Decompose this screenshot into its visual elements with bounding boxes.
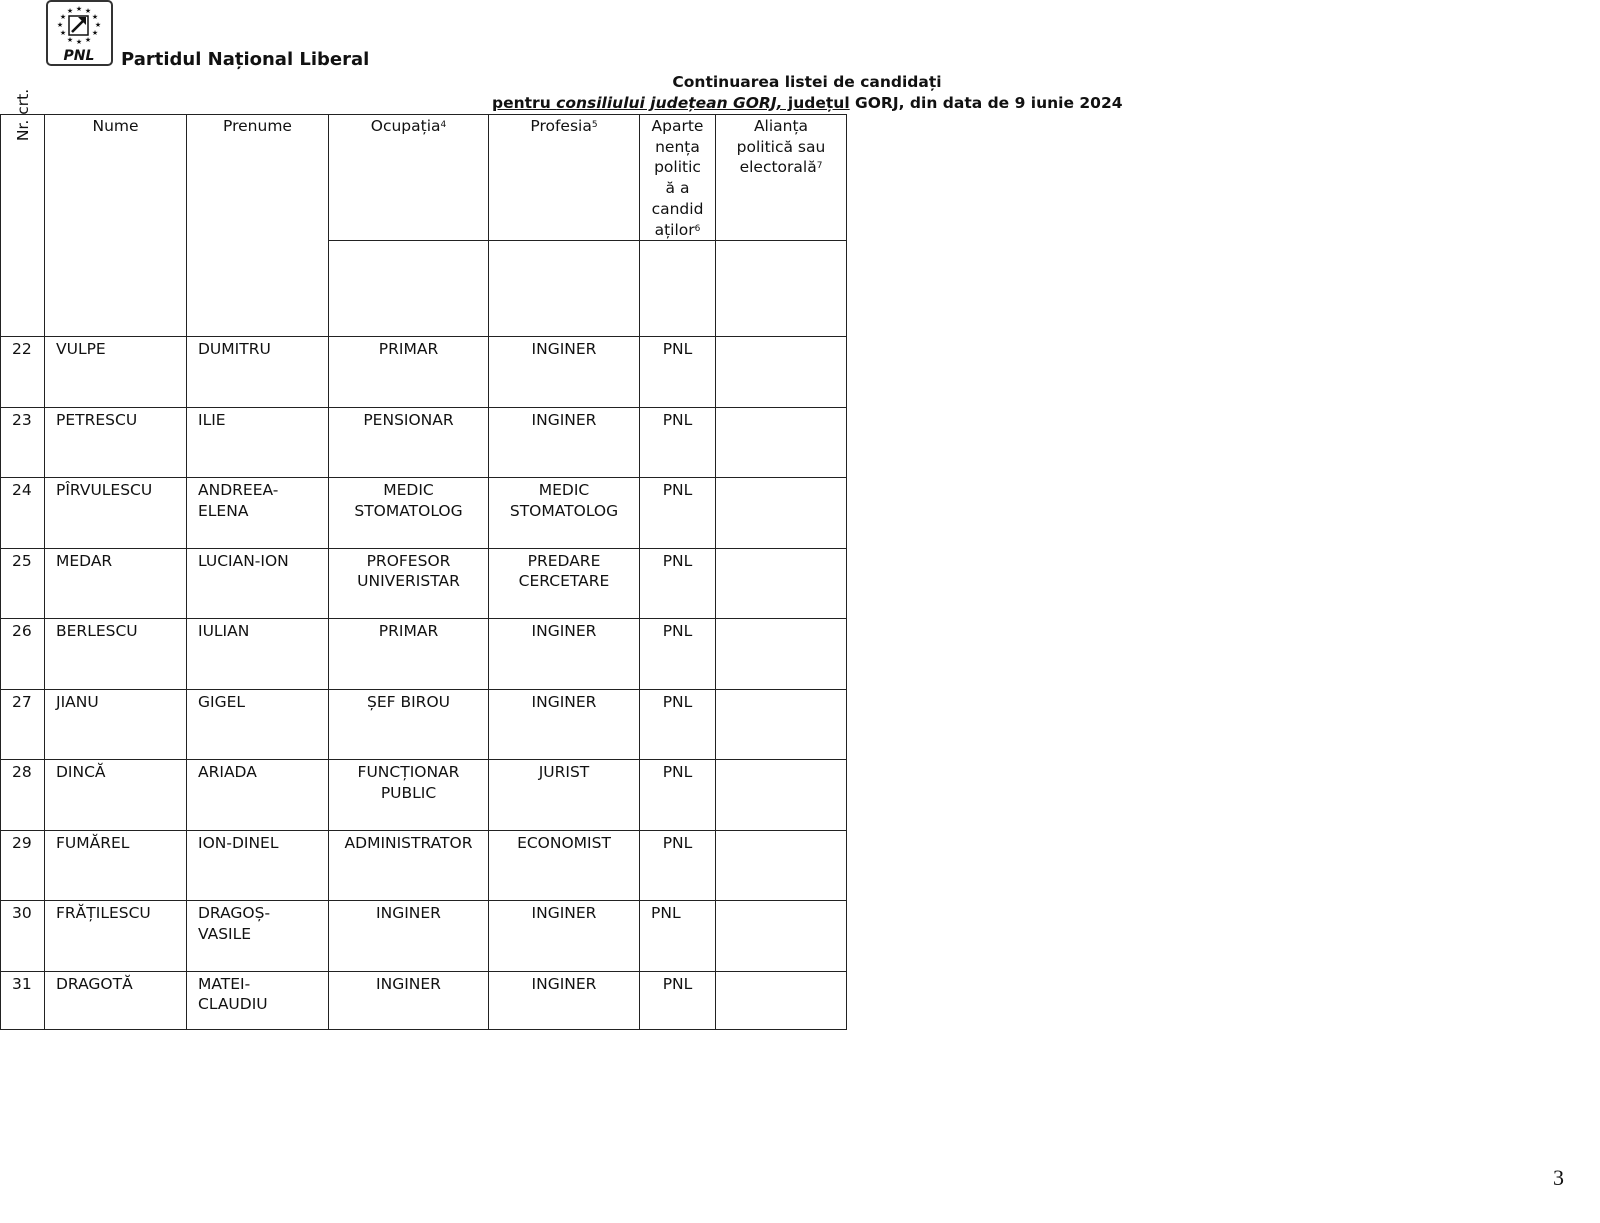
cell-ocupatia: INGINER xyxy=(329,901,489,972)
column-header-alianta: Alianțapolitică sauelectorală7 xyxy=(716,115,847,241)
subheader-ocupatia-empty xyxy=(329,241,489,337)
cell-profesia: INGINER xyxy=(489,971,640,1029)
cell-nr: 27 xyxy=(1,689,45,760)
cell-alianta xyxy=(716,971,847,1029)
svg-text:★: ★ xyxy=(76,38,82,46)
cell-prenume: MATEI-CLAUDIU xyxy=(187,971,329,1029)
cell-alianta xyxy=(716,619,847,690)
cell-profesia: MEDICSTOMATOLOG xyxy=(489,478,640,549)
cell-prenume: GIGEL xyxy=(187,689,329,760)
cell-ocupatia: INGINER xyxy=(329,971,489,1029)
cell-ocupatia: PENSIONAR xyxy=(329,407,489,478)
cell-ocupatia: PRIMAR xyxy=(329,619,489,690)
cell-nume: DINCĂ xyxy=(45,760,187,831)
cell-ocupatia: ADMINISTRATOR xyxy=(329,830,489,901)
cell-alianta xyxy=(716,337,847,408)
cell-nume: PETRESCU xyxy=(45,407,187,478)
cell-profesia: INGINER xyxy=(489,337,640,408)
cell-apartenenta: PNL xyxy=(640,337,716,408)
table-row: 24PÎRVULESCUANDREEA-ELENAMEDICSTOMATOLOG… xyxy=(1,478,847,549)
svg-text:★: ★ xyxy=(92,29,98,37)
document-subtitle: pentru consiliului județean GORJ, județu… xyxy=(492,94,1123,112)
cell-prenume: ARIADA xyxy=(187,760,329,831)
svg-text:★: ★ xyxy=(57,21,63,29)
svg-text:★: ★ xyxy=(92,13,98,21)
cell-apartenenta: PNL xyxy=(640,901,716,972)
cell-profesia: PREDARECERCETARE xyxy=(489,548,640,619)
cell-apartenenta: PNL xyxy=(640,619,716,690)
cell-nume: VULPE xyxy=(45,337,187,408)
cell-profesia: INGINER xyxy=(489,689,640,760)
cell-profesia: INGINER xyxy=(489,407,640,478)
cell-profesia: JURIST xyxy=(489,760,640,831)
cell-nr: 29 xyxy=(1,830,45,901)
cell-prenume: ILIE xyxy=(187,407,329,478)
column-header-prenume: Prenume xyxy=(187,115,329,337)
cell-alianta xyxy=(716,760,847,831)
cell-profesia: INGINER xyxy=(489,619,640,690)
table-row: 23PETRESCUILIEPENSIONARINGINERPNL xyxy=(1,407,847,478)
cell-alianta xyxy=(716,901,847,972)
svg-text:★: ★ xyxy=(67,7,73,15)
cell-profesia: INGINER xyxy=(489,901,640,972)
cell-apartenenta: PNL xyxy=(640,407,716,478)
cell-nume: JIANU xyxy=(45,689,187,760)
subheader-apartenenta-empty xyxy=(640,241,716,337)
cell-apartenenta: PNL xyxy=(640,830,716,901)
cell-apartenenta: PNL xyxy=(640,689,716,760)
table-row: 28DINCĂARIADAFUNCȚIONARPUBLICJURISTPNL xyxy=(1,760,847,831)
cell-alianta xyxy=(716,689,847,760)
table-row: 27JIANUGIGELȘEF BIROUINGINERPNL xyxy=(1,689,847,760)
svg-text:★: ★ xyxy=(60,29,66,37)
cell-ocupatia: PROFESORUNIVERISTAR xyxy=(329,548,489,619)
cell-prenume: IULIAN xyxy=(187,619,329,690)
cell-nr: 22 xyxy=(1,337,45,408)
subheader-alianta-empty xyxy=(716,241,847,337)
cell-nr: 26 xyxy=(1,619,45,690)
cell-alianta xyxy=(716,830,847,901)
cell-nume: MEDAR xyxy=(45,548,187,619)
svg-text:PNL: PNL xyxy=(64,48,95,64)
cell-profesia: ECONOMIST xyxy=(489,830,640,901)
cell-apartenenta: PNL xyxy=(640,548,716,619)
cell-nume: FUMĂREL xyxy=(45,830,187,901)
cell-prenume: ION-DINEL xyxy=(187,830,329,901)
cell-nume: DRAGOTĂ xyxy=(45,971,187,1029)
column-header-nume: Nume xyxy=(45,115,187,337)
candidates-table: Nr. crt. Nume Prenume Ocupația4 Profesia… xyxy=(0,114,847,1030)
cell-nr: 31 xyxy=(1,971,45,1029)
table-row: 30FRĂȚILESCUDRAGOȘ-VASILEINGINERINGINERP… xyxy=(1,901,847,972)
cell-alianta xyxy=(716,407,847,478)
svg-text:★: ★ xyxy=(95,21,101,29)
cell-apartenenta: PNL xyxy=(640,760,716,831)
cell-nr: 23 xyxy=(1,407,45,478)
cell-prenume: DRAGOȘ-VASILE xyxy=(187,901,329,972)
svg-text:★: ★ xyxy=(85,36,91,44)
cell-apartenenta: PNL xyxy=(640,478,716,549)
table-row: 22VULPEDUMITRUPRIMARINGINERPNL xyxy=(1,337,847,408)
cell-nr: 30 xyxy=(1,901,45,972)
table-row: 29FUMĂRELION-DINELADMINISTRATORECONOMIST… xyxy=(1,830,847,901)
pnl-logo: ★ ★ ★ ★ ★ ★ ★ ★ ★ ★ ★ ★ PNL xyxy=(46,0,113,66)
column-header-apartenenta: Apartenențapolitică acandidaților6 xyxy=(640,115,716,241)
svg-text:★: ★ xyxy=(85,7,91,15)
svg-text:★: ★ xyxy=(76,5,82,13)
cell-prenume: DUMITRU xyxy=(187,337,329,408)
cell-nr: 28 xyxy=(1,760,45,831)
cell-apartenenta: PNL xyxy=(640,971,716,1029)
cell-ocupatia: FUNCȚIONARPUBLIC xyxy=(329,760,489,831)
cell-alianta xyxy=(716,548,847,619)
cell-ocupatia: ȘEF BIROU xyxy=(329,689,489,760)
cell-nume: PÎRVULESCU xyxy=(45,478,187,549)
column-header-nr: Nr. crt. xyxy=(1,115,45,337)
party-name: Partidul Național Liberal xyxy=(121,49,369,70)
table-row: 26BERLESCUIULIANPRIMARINGINERPNL xyxy=(1,619,847,690)
subheader-profesia-empty xyxy=(489,241,640,337)
cell-ocupatia: PRIMAR xyxy=(329,337,489,408)
cell-nr: 24 xyxy=(1,478,45,549)
cell-ocupatia: MEDICSTOMATOLOG xyxy=(329,478,489,549)
page-number: 3 xyxy=(1553,1165,1564,1191)
svg-text:★: ★ xyxy=(67,36,73,44)
column-header-profesia: Profesia5 xyxy=(489,115,640,241)
document-title: Continuarea listei de candidați xyxy=(0,73,1600,91)
cell-alianta xyxy=(716,478,847,549)
table-row: 25MEDARLUCIAN-IONPROFESORUNIVERISTARPRED… xyxy=(1,548,847,619)
svg-text:★: ★ xyxy=(60,13,66,21)
pnl-stars-arrow-icon: ★ ★ ★ ★ ★ ★ ★ ★ ★ ★ ★ ★ PNL xyxy=(48,2,111,64)
cell-nume: BERLESCU xyxy=(45,619,187,690)
cell-nr: 25 xyxy=(1,548,45,619)
cell-prenume: ANDREEA-ELENA xyxy=(187,478,329,549)
table-row: 31DRAGOTĂMATEI-CLAUDIUINGINERINGINERPNL xyxy=(1,971,847,1029)
cell-prenume: LUCIAN-ION xyxy=(187,548,329,619)
column-header-ocupatia: Ocupația4 xyxy=(329,115,489,241)
cell-nume: FRĂȚILESCU xyxy=(45,901,187,972)
